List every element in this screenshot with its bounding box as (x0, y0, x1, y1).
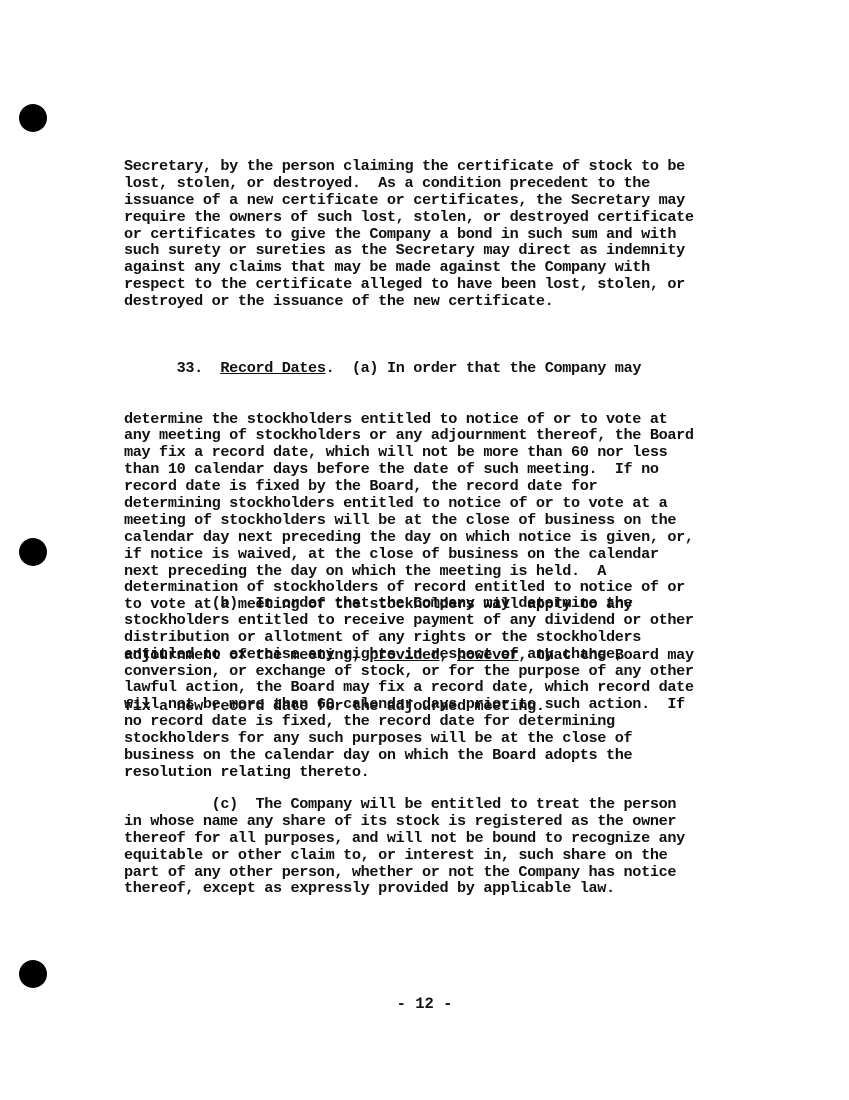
text-line: require the owners of such lost, stolen,… (124, 209, 814, 226)
punch-hole-bottom (19, 960, 47, 988)
text-line: entitled to exercise any rights in respe… (124, 646, 814, 663)
text-line: if notice is waived, at the close of bus… (124, 546, 814, 563)
text-line: lawful action, the Board may fix a recor… (124, 679, 814, 696)
text-line: part of any other person, whether or not… (124, 864, 814, 881)
text-line: equitable or other claim to, or interest… (124, 847, 814, 864)
text-line: business on the calendar day on which th… (124, 747, 814, 764)
text-line: destroyed or the issuance of the new cer… (124, 293, 814, 310)
text-line: stockholders for any such purposes will … (124, 730, 814, 747)
text-line: any meeting of stockholders or any adjou… (124, 427, 814, 444)
text-line: will not be more than 60 calendar days p… (124, 696, 814, 713)
punch-hole-top (19, 104, 47, 132)
paragraph-record-dates-c: (c) The Company will be entitled to trea… (124, 796, 814, 897)
text-line: against any claims that may be made agai… (124, 259, 814, 276)
text-line: such surety or sureties as the Secretary… (124, 242, 814, 259)
punch-hole-middle (19, 538, 47, 566)
text-line: meeting of stockholders will be at the c… (124, 512, 814, 529)
text-line: stockholders entitled to receive payment… (124, 612, 814, 629)
text-line: thereof for all purposes, and will not b… (124, 830, 814, 847)
text-line: (c) The Company will be entitled to trea… (124, 796, 814, 813)
text-line: resolution relating thereto. (124, 764, 814, 781)
text-line: may fix a record date, which will not be… (124, 444, 814, 461)
text-line: record date is fixed by the Board, the r… (124, 478, 814, 495)
text-line: determining stockholders entitled to not… (124, 495, 814, 512)
section-first-line-text: . (a) In order that the Company may (326, 359, 642, 377)
text-line: than 10 calendar days before the date of… (124, 461, 814, 478)
text-line: conversion, or exchange of stock, or for… (124, 663, 814, 680)
page-number: - 12 - (0, 995, 849, 1013)
text-line: no record date is fixed, the record date… (124, 713, 814, 730)
paragraph-body: determine the stockholders entitled to n… (124, 411, 814, 614)
paragraph-record-dates-b: (b) In order that the Company may determ… (124, 595, 814, 781)
text-line: determine the stockholders entitled to n… (124, 411, 814, 428)
section-heading-line: 33. Record Dates. (a) In order that the … (124, 360, 814, 377)
text-line: or certificates to give the Company a bo… (124, 226, 814, 243)
text-line: issuance of a new certificate or certifi… (124, 192, 814, 209)
paragraph-lost-certificates: Secretary, by the person claiming the ce… (124, 158, 814, 310)
text-line: in whose name any share of its stock is … (124, 813, 814, 830)
text-line: lost, stolen, or destroyed. As a conditi… (124, 175, 814, 192)
section-number: 33. (177, 359, 203, 377)
text-line: (b) In order that the Company may determ… (124, 595, 814, 612)
text-line: next preceding the day on which the meet… (124, 563, 814, 580)
section-title: Record Dates (220, 359, 325, 377)
text-line: Secretary, by the person claiming the ce… (124, 158, 814, 175)
text-line: distribution or allotment of any rights … (124, 629, 814, 646)
text-line: thereof, except as expressly provided by… (124, 880, 814, 897)
text-line: calendar day next preceding the day on w… (124, 529, 814, 546)
text-line: respect to the certificate alleged to ha… (124, 276, 814, 293)
